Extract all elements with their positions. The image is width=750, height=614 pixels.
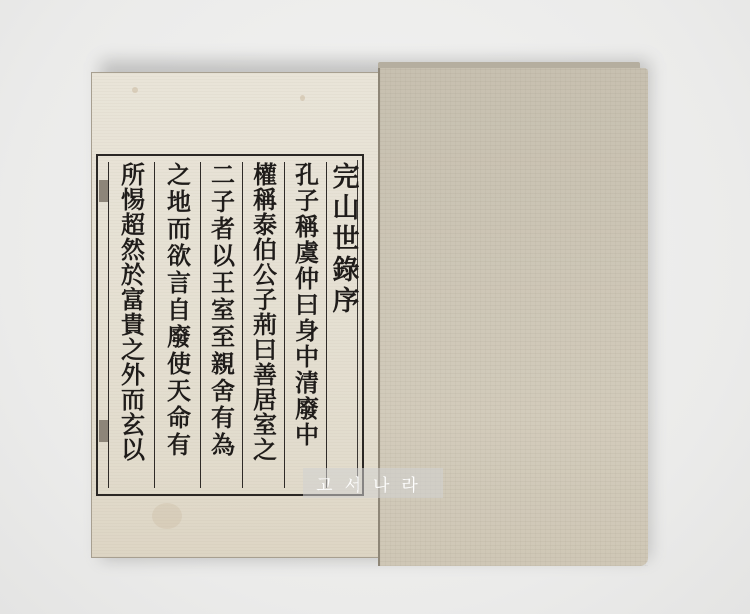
stain — [132, 87, 138, 93]
column-text: 所惕超然於富貴之外而玄以 — [116, 162, 147, 462]
column-text: 完山世錄序 — [328, 162, 359, 317]
stain — [152, 503, 182, 529]
text-column: 所惕超然於富貴之外而玄以 — [108, 162, 154, 488]
text-frame: 完山世錄序 孔子稱虞仲曰身中清廢中 權稱泰伯公子荊曰善居室之 二子者以王室至親舍… — [96, 154, 364, 496]
watermark: 고서나라 — [303, 468, 443, 498]
column-text: 權稱泰伯公子荊曰善居室之 — [248, 162, 279, 462]
text-column-title: 完山世錄序 — [324, 162, 362, 488]
column-text: 孔子稱虞仲曰身中清廢中 — [290, 162, 321, 448]
text-column: 孔子稱虞仲曰身中清廢中 — [284, 162, 326, 488]
text-column: 二子者以王室至親舍有為 — [200, 162, 242, 488]
column-text: 之地而欲言自廢使天命有 — [162, 162, 193, 459]
fish-tail-mark-top — [99, 180, 108, 202]
text-column: 權稱泰伯公子荊曰善居室之 — [242, 162, 284, 488]
text-column: 之地而欲言自廢使天命有 — [154, 162, 200, 488]
stain — [300, 95, 305, 101]
fish-tail-mark-bottom — [99, 420, 108, 442]
column-text: 二子者以王室至親舍有為 — [206, 162, 237, 459]
